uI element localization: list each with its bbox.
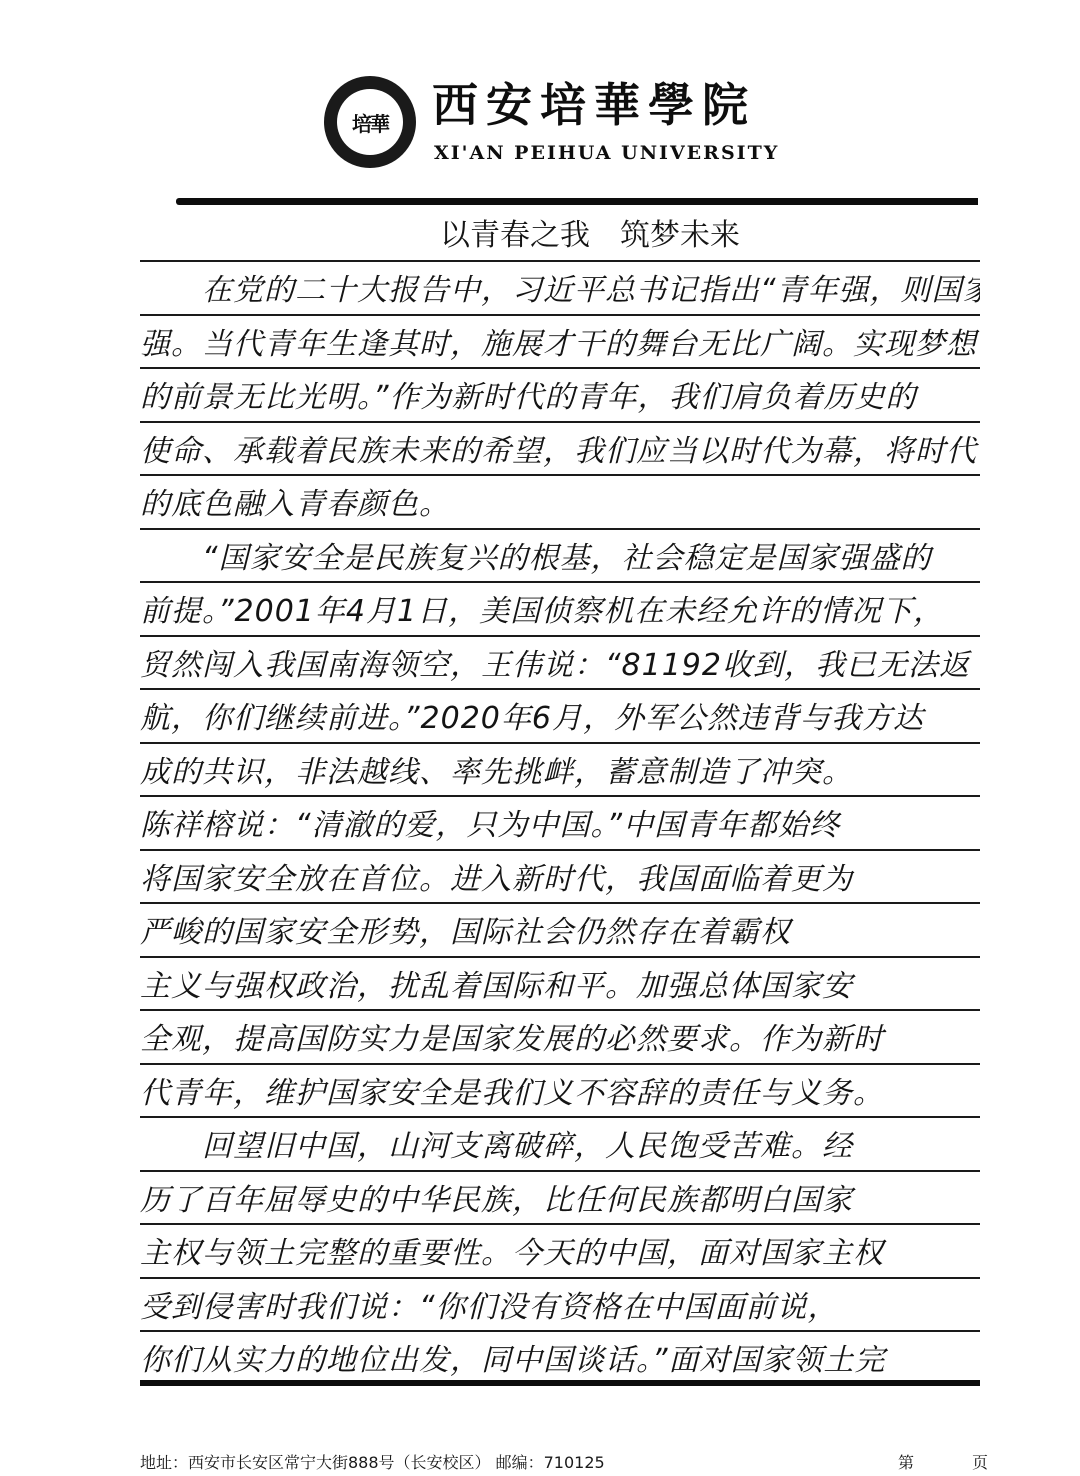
essay-line: “国家安全是民族复兴的根基，社会稳定是国家强盛的 (140, 530, 980, 584)
essay-line: 将国家安全放在首位。进入新时代，我国面临着更为 (140, 851, 980, 905)
essay-line: 受到侵害时我们说：“你们没有资格在中国面前说， (140, 1279, 980, 1333)
footer-address: 地址：西安市长安区常宁大街888号（长安校区） 邮编：710125 (140, 1450, 605, 1473)
essay-line: 成的共识，非法越线、率先挑衅，蓄意制造了冲突。 (140, 744, 980, 798)
essay-line: 主权与领土完整的重要性。今天的中国，面对国家主权 (140, 1225, 980, 1279)
essay-line: 全观，提高国防实力是国家发展的必然要求。作为新时 (140, 1011, 980, 1065)
letterhead: 培華 西安培華學院 XI'AN PEIHUA UNIVERSITY (320, 62, 790, 172)
university-name-english: XI'AN PEIHUA UNIVERSITY (434, 142, 779, 164)
essay-line: 回望旧中国，山河支离破碎，人民饱受苦难。经 (140, 1118, 980, 1172)
essay-line: 航，你们继续前进。”2020年6月，外军公然违背与我方达 (140, 690, 980, 744)
essay-line: 使命、承载着民族未来的希望，我们应当以时代为幕，将时代 (140, 423, 980, 477)
essay-line: 强。当代青年生逢其时，施展才干的舞台无比广阔。实现梦想 (140, 316, 980, 370)
logo-emblem-text: 培華 (338, 90, 402, 154)
university-logo-icon: 培華 (324, 76, 416, 168)
page-number-label: 第 (898, 1450, 914, 1473)
essay-line: 贸然闯入我国南海领空，王伟说：“81192收到，我已无法返 (140, 637, 980, 691)
essay-line: 的底色融入青春颜色。 (140, 476, 980, 530)
essay-line: 代青年，维护国家安全是我们义不容辞的责任与义务。 (140, 1065, 980, 1119)
essay-line: 陈祥榕说：“清澈的爱，只为中国。”中国青年都始终 (140, 797, 980, 851)
essay-line: 你们从实力的地位出发，同中国谈话。”面对国家领土完 (140, 1332, 980, 1386)
lined-paper: 以青春之我 筑梦未来 在党的二十大报告中，习近平总书记指出“青年强，则国家强。当… (140, 210, 980, 1386)
essay-line: 前提。”2001年4月1日，美国侦察机在未经允许的情况下， (140, 583, 980, 637)
essay-title: 以青春之我 筑梦未来 (140, 210, 980, 262)
header-divider (176, 198, 978, 205)
university-name-chinese: 西安培華學院 (432, 82, 756, 128)
essay-line: 的前景无比光明。”作为新时代的青年，我们肩负着历史的 (140, 369, 980, 423)
essay-line: 主义与强权政治，扰乱着国际和平。加强总体国家安 (140, 958, 980, 1012)
essay-line: 严峻的国家安全形势，国际社会仍然存在着霸权 (140, 904, 980, 958)
essay-line: 在党的二十大报告中，习近平总书记指出“青年强，则国家 (140, 262, 980, 316)
essay-line: 历了百年屈辱史的中华民族，比任何民族都明白国家 (140, 1172, 980, 1226)
essay-body: 在党的二十大报告中，习近平总书记指出“青年强，则国家强。当代青年生逢其时，施展才… (140, 262, 980, 1386)
page-number-unit: 页 (972, 1450, 988, 1473)
